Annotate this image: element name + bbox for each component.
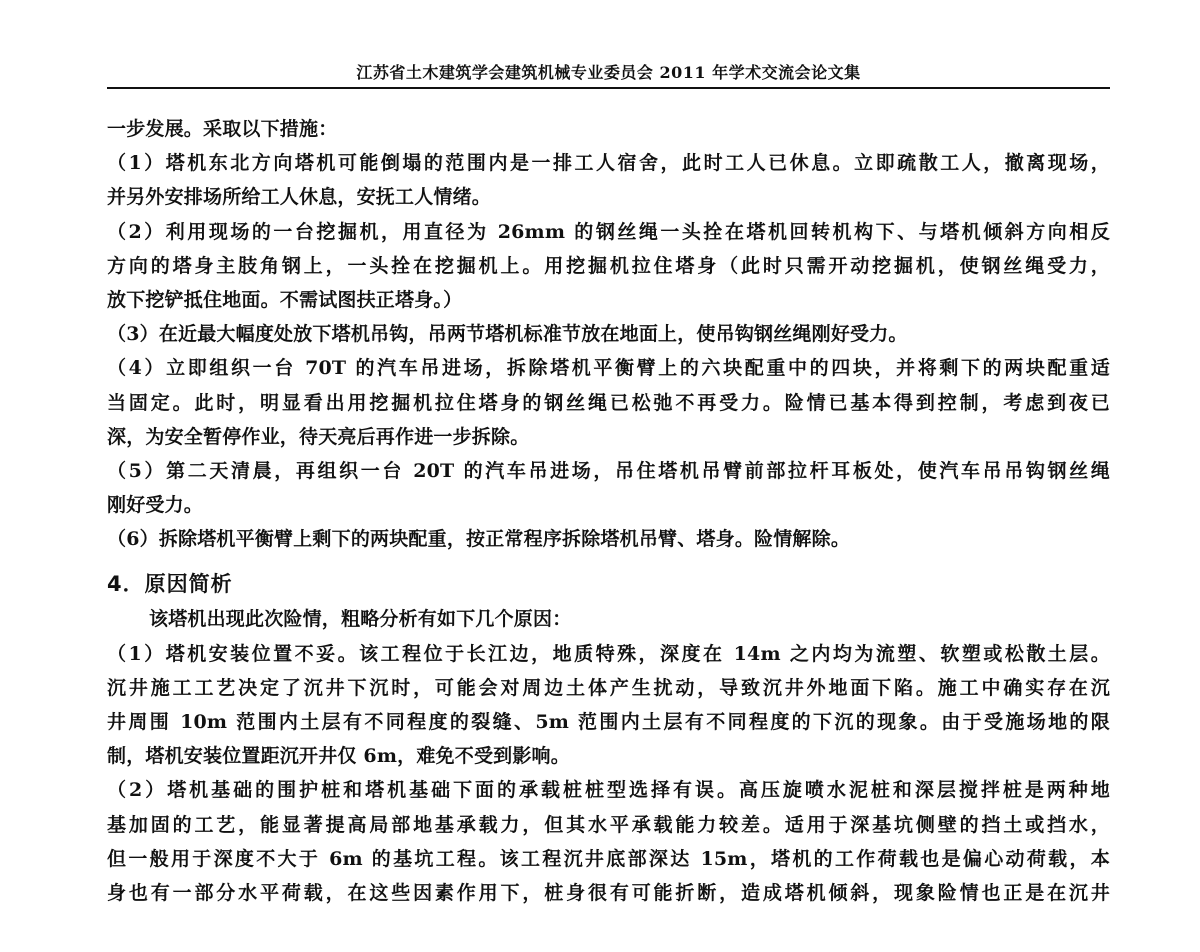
text-line: 制，塔机安装位置距沉开井仅 6m，难免不受到影响。 xyxy=(107,739,1110,773)
header-rule xyxy=(107,87,1110,89)
text-line: 但一般用于深度不大于 6m 的基坑工程。该工程沉井底部深达 15m，塔机的工作荷… xyxy=(107,842,1110,876)
text-line: 深，为安全暂停作业，待天亮后再作进一步拆除。 xyxy=(107,420,1110,454)
text-line: （1）塔机东北方向塔机可能倒塌的范围内是一排工人宿舍，此时工人已休息。立即疏散工… xyxy=(107,146,1110,180)
text-line: 刚好受力。 xyxy=(107,488,1110,522)
text-line: 一步发展。采取以下措施： xyxy=(107,112,1110,146)
text-line: （2）利用现场的一台挖掘机，用直径为 26mm 的钢丝绳一头拴在塔机回转机构下、… xyxy=(107,215,1110,249)
text-line: （5）第二天清晨，再组织一台 20T 的汽车吊进场，吊住塔机吊臂前部拉杆耳板处，… xyxy=(107,454,1110,488)
text-line: 当固定。此时，明显看出用挖掘机拉住塔身的钢丝绳已松弛不再受力。险情已基本得到控制… xyxy=(107,386,1110,420)
text-line: 井周围 10m 范围内土层有不同程度的裂缝、5m 范围内土层有不同程度的下沉的现… xyxy=(107,705,1110,739)
running-header: 江苏省土木建筑学会建筑机械专业委员会 2011 年学术交流会论文集 xyxy=(107,60,1110,86)
text-line: （4）立即组织一台 70T 的汽车吊进场，拆除塔机平衡臂上的六块配重中的四块，并… xyxy=(107,351,1110,385)
text-line: 放下挖铲抵住地面。不需试图扶正塔身。） xyxy=(107,283,1110,317)
section-heading: 4．原因简析 xyxy=(107,562,1110,602)
text-line: 身也有一部分水平荷载，在这些因素作用下，桩身很有可能折断，造成塔机倾斜，现象险情… xyxy=(107,876,1110,910)
section-intro: 该塔机出现此次险情，粗略分析有如下几个原因： xyxy=(107,602,1110,636)
text-line: （2）塔机基础的围护桩和塔机基础下面的承载桩桩型选择有误。高压旋喷水泥桩和深层搅… xyxy=(107,773,1110,807)
text-line: 沉井施工工艺决定了沉井下沉时，可能会对周边土体产生扰动，导致沉井外地面下陷。施工… xyxy=(107,671,1110,705)
text-line: 方向的塔身主肢角钢上，一头拴在挖掘机上。用挖掘机拉住塔身（此时只需开动挖掘机，使… xyxy=(107,249,1110,283)
text-line: （1）塔机安装位置不妥。该工程位于长江边，地质特殊，深度在 14m 之内均为流塑… xyxy=(107,637,1110,671)
text-line: （6）拆除塔机平衡臂上剩下的两块配重，按正常程序拆除塔机吊臂、塔身。险情解除。 xyxy=(107,522,1110,556)
text-line: 并另外安排场所给工人休息，安抚工人情绪。 xyxy=(107,180,1110,214)
text-line: 基加固的工艺，能显著提高局部地基承载力，但其水平承载能力较差。适用于深基坑侧壁的… xyxy=(107,808,1110,842)
text-line: （3）在近最大幅度处放下塔机吊钩，吊两节塔机标准节放在地面上，使吊钩钢丝绳刚好受… xyxy=(107,317,1110,351)
body-text: 一步发展。采取以下措施： （1）塔机东北方向塔机可能倒塌的范围内是一排工人宿舍，… xyxy=(107,112,1110,910)
